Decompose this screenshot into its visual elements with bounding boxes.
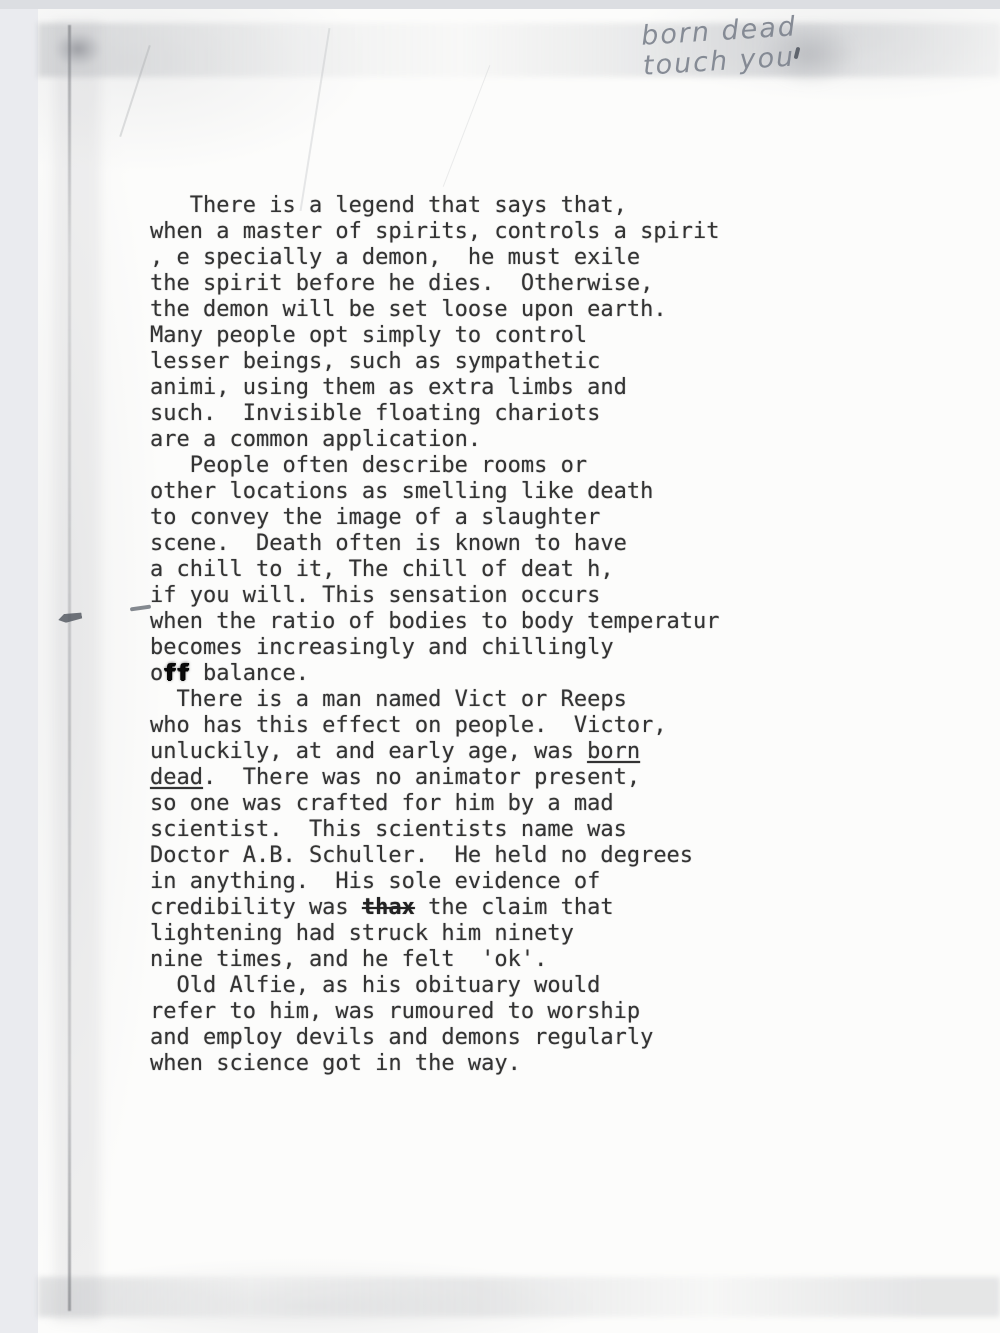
typed-line: , e specially a demon, he must exile (150, 245, 720, 271)
typed-line: animi, using them as extra limbs and (150, 375, 720, 401)
line-text: when the ratio of bodies to body tempera… (150, 609, 720, 634)
scan-left-gutter (0, 0, 38, 1333)
typed-line: in anything. His sole evidence of (150, 869, 720, 895)
scan-vertical-fold-line (68, 25, 71, 1311)
line-text: People often describe rooms or (150, 453, 587, 478)
typed-text-body: There is a legend that says that, when a… (150, 193, 720, 1077)
typed-line: when a master of spirits, controls a spi… (150, 219, 720, 245)
scan-left-smudge-band (54, 21, 100, 1321)
line-text: lesser beings, such as sympathetic (150, 349, 600, 374)
typed-line: are a common application. (150, 427, 720, 453)
scan-blot-top-left (54, 31, 102, 67)
typed-line: Doctor A.B. Schuller. He held no degrees (150, 843, 720, 869)
scan-scratch-mark (443, 65, 491, 187)
line-text: the claim that (415, 895, 614, 920)
typed-line: People often describe rooms or (150, 453, 720, 479)
underlined-text: dead (150, 765, 203, 790)
line-text: becomes increasingly and chillingly (150, 635, 614, 660)
line-text: if you will. This sensation occurs (150, 583, 600, 608)
typed-line: who has this effect on people. Victor, (150, 713, 720, 739)
line-text: lightening had struck him ninety (150, 921, 574, 946)
document-scan: born dead touch you There is a legend th… (0, 0, 1000, 1333)
typed-line: becomes increasingly and chillingly (150, 635, 720, 661)
line-text: to convey the image of a slaughter (150, 505, 600, 530)
line-text: scientist. This scientists name was (150, 817, 627, 842)
typed-line: nine times, and he felt 'ok'. (150, 947, 720, 973)
typed-line: lightening had struck him ninety (150, 921, 720, 947)
line-text: refer to him, was rumoured to worship (150, 999, 640, 1024)
line-text: the demon will be set loose upon earth. (150, 297, 667, 322)
line-text: unluckily, at and early age, was (150, 739, 587, 764)
underlined-text: born (587, 739, 640, 764)
pencil-dash-mark (130, 605, 151, 612)
line-text: so one was crafted for him by a mad (150, 791, 614, 816)
line-text: a chill to it, The chill of deat h, (150, 557, 614, 582)
line-text: There is a man named Vict or Reeps (150, 687, 627, 712)
typed-line: refer to him, was rumoured to worship (150, 999, 720, 1025)
line-text: , e specially a demon, he must exile (150, 245, 640, 270)
typed-line: other locations as smelling like death (150, 479, 720, 505)
line-text: in anything. His sole evidence of (150, 869, 600, 894)
scan-top-edge (0, 0, 1000, 9)
typed-line: so one was crafted for him by a mad (150, 791, 720, 817)
line-text: Doctor A.B. Schuller. He held no degrees (150, 843, 693, 868)
line-text: other locations as smelling like death (150, 479, 653, 504)
typed-line: There is a man named Vict or Reeps (150, 687, 720, 713)
handwritten-note: born dead touch you (640, 12, 799, 81)
line-text: who has this effect on people. Victor, (150, 713, 667, 738)
typed-line: There is a legend that says that, (150, 193, 720, 219)
scan-smudge-band-bottom (38, 1277, 1000, 1317)
typed-line: scene. Death often is known to have (150, 531, 720, 557)
typed-line: unluckily, at and early age, was born (150, 739, 720, 765)
typed-line: if you will. This sensation occurs (150, 583, 720, 609)
line-text: scene. Death often is known to have (150, 531, 627, 556)
line-text: Old Alfie, as his obituary would (150, 973, 600, 998)
typed-line: the spirit before he dies. Otherwise, (150, 271, 720, 297)
typed-line: credibility was thax the claim that (150, 895, 720, 921)
line-text: when science got in the way. (150, 1051, 521, 1076)
line-text: are a common application. (150, 427, 481, 452)
typed-line: when the ratio of bodies to body tempera… (150, 609, 720, 635)
line-text: credibility was (150, 895, 362, 920)
typed-line: the demon will be set loose upon earth. (150, 297, 720, 323)
typed-line: and employ devils and demons regularly (150, 1025, 720, 1051)
typed-line: scientist. This scientists name was (150, 817, 720, 843)
typed-line: such. Invisible floating chariots (150, 401, 720, 427)
typed-line: a chill to it, The chill of deat h, (150, 557, 720, 583)
line-text: There is a legend that says that, (150, 193, 627, 218)
line-text: the spirit before he dies. Otherwise, (150, 271, 653, 296)
line-text: o (150, 661, 163, 686)
typed-line: Old Alfie, as his obituary would (150, 973, 720, 999)
paper-sheet: born dead touch you There is a legend th… (38, 9, 1000, 1333)
typed-line: when science got in the way. (150, 1051, 720, 1077)
typed-line: off balance. (150, 661, 720, 687)
typed-line: to convey the image of a slaughter (150, 505, 720, 531)
line-text: such. Invisible floating chariots (150, 401, 600, 426)
overstruck-text: ff (163, 661, 190, 686)
typed-line: lesser beings, such as sympathetic (150, 349, 720, 375)
line-text: and employ devils and demons regularly (150, 1025, 653, 1050)
typed-line: Many people opt simply to control (150, 323, 720, 349)
line-text: nine times, and he felt 'ok'. (150, 947, 547, 972)
scan-speckles (38, 9, 40, 11)
line-text: Many people opt simply to control (150, 323, 587, 348)
line-text: . There was no animator present, (203, 765, 640, 790)
line-text: when a master of spirits, controls a spi… (150, 219, 720, 244)
typed-line: dead. There was no animator present, (150, 765, 720, 791)
line-text: animi, using them as extra limbs and (150, 375, 627, 400)
struck-through-text: thax (362, 895, 415, 920)
line-text: balance. (190, 661, 309, 686)
